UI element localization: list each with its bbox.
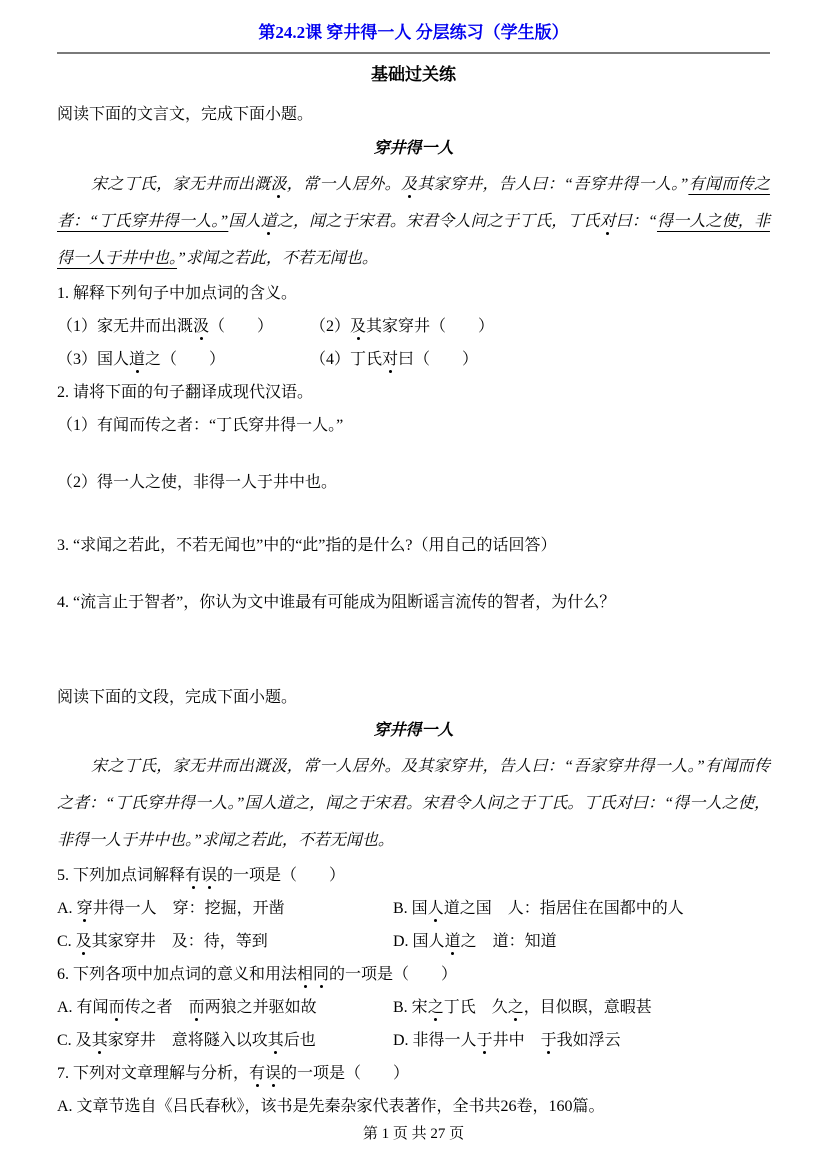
q6-option-b: B. 宋之丁氏 久之，目似瞑，意暇甚 [393,991,652,1024]
passage1-text: 宋之丁氏，家无井而出溉汲，常一人居外。及其家穿井，告人曰：“吾穿井得一人。”有闻… [57,166,770,277]
q6-option-a: A. 有闻而传之者 而两狼之并驱如故 [57,991,393,1024]
q5-option-d: D. 国人道之 道：知道 [393,925,557,958]
answer-space [57,442,770,466]
question-3-stem: 3. “求闻之若此，不若无闻也”中的“此”指的是什么?（用自己的话回答） [57,529,770,562]
question-5-row2: C. 及其家穿井 及：待，等到 D. 国人道之 道：知道 [57,925,770,958]
worksheet-page: 第24.2课 穿井得一人 分层练习（学生版） 基础过关练 阅读下面的文言文，完成… [0,0,827,1169]
answer-space [57,619,770,681]
passage2-title: 穿井得一人 [57,714,770,748]
question-2-stem: 2. 请将下面的句子翻译成现代汉语。 [57,376,770,409]
question-6-row1: A. 有闻而传之者 而两狼之并驱如故 B. 宋之丁氏 久之，目似瞑，意暇甚 [57,991,770,1024]
question-6-row2: C. 及其家穿井 意将隧入以攻其后也 D. 非得一人于井中 于我如浮云 [57,1024,770,1057]
q6-option-c: C. 及其家穿井 意将隧入以攻其后也 [57,1024,393,1057]
question-2-item-2: （2）得一人之使，非得一人于井中也。 [57,466,770,499]
question-7-stem: 7. 下列对文章理解与分析，有误的一项是（ ） [57,1057,770,1090]
passage2-text: 宋之丁氏，家无井而出溉汲，常一人居外。及其家穿井，告人曰：“吾家穿井得一人。”有… [57,748,770,859]
q5-option-a: A. 穿井得一人 穿：挖掘，开凿 [57,892,393,925]
q1-item-3: （3）国人道之（ ） [57,343,310,376]
header-divider [57,52,770,54]
page-number-footer: 第 1 页 共 27 页 [0,1122,827,1143]
question-5-stem: 5. 下列加点词解释有误的一项是（ ） [57,859,770,892]
question-2-item-1: （1）有闻而传之者：“丁氏穿井得一人。” [57,409,770,442]
passage1-title: 穿井得一人 [57,132,770,166]
q7-option-a: A. 文章节选自《吕氏春秋》，该书是先秦杂家代表著作，全书共26卷，160篇。 [57,1090,770,1123]
q6-option-d: D. 非得一人于井中 于我如浮云 [393,1024,621,1057]
question-5-row1: A. 穿井得一人 穿：挖掘，开凿 B. 国人道之国 人：指居住在国都中的人 [57,892,770,925]
reading2-intro: 阅读下面的文段，完成下面小题。 [57,681,770,714]
question-1-row2: （3）国人道之（ ） （4）丁氏对曰（ ） [57,343,770,376]
q1-item-2: （2）及其家穿井（ ） [310,310,494,343]
q1-item-1: （1）家无井而出溉汲（ ） [57,310,310,343]
reading1-intro: 阅读下面的文言文，完成下面小题。 [57,98,770,132]
q1-item-4: （4）丁氏对曰（ ） [310,343,478,376]
answer-space [57,499,770,529]
question-1-stem: 1. 解释下列句子中加点词的含义。 [57,277,770,310]
q5-option-b: B. 国人道之国 人：指居住在国都中的人 [393,892,684,925]
q5-option-c: C. 及其家穿井 及：待，等到 [57,925,393,958]
document-title: 第24.2课 穿井得一人 分层练习（学生版） [57,20,770,46]
question-6-stem: 6. 下列各项中加点词的意义和用法相同的一项是（ ） [57,958,770,991]
question-1-row1: （1）家无井而出溉汲（ ） （2）及其家穿井（ ） [57,310,770,343]
answer-space [57,562,770,586]
question-4-stem: 4. “流言止于智者”，你认为文中谁最有可能成为阻断谣言流传的智者，为什么？ [57,586,770,619]
section-title-basic-practice: 基础过关练 [57,62,770,88]
